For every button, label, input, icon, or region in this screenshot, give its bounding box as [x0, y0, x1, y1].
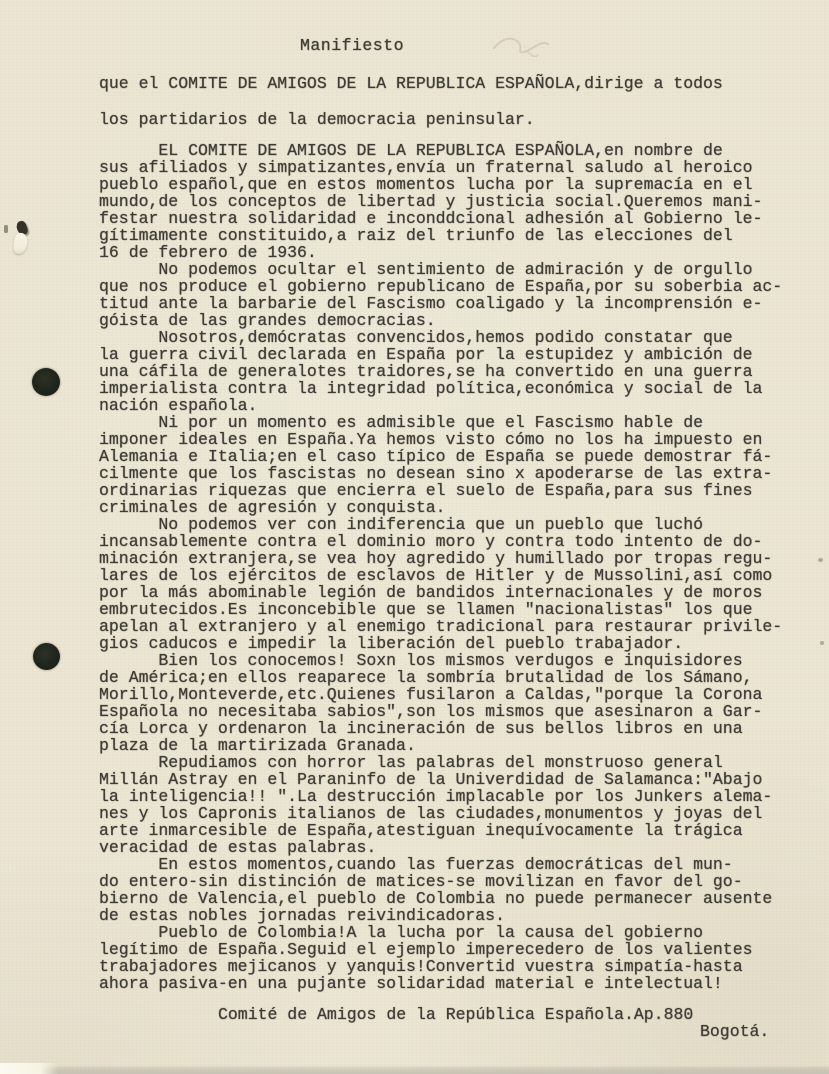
document-page: Manifiesto que el COMITE DE AMIGOS DE LA…: [0, 0, 829, 1074]
hole-punch-bottom: [33, 643, 60, 670]
paragraph-3: Nosotros,demócratas convencidos,hemos po…: [99, 329, 819, 414]
document-title: Manifiesto: [300, 36, 819, 56]
signature-committee: Comité de Amigos de la República Español…: [218, 1006, 819, 1023]
hole-punch-top: [32, 368, 60, 396]
scan-bottom-edge: [0, 1065, 829, 1074]
manifesto-body: EL COMITE DE AMIGOS DE LA REPUBLICA ESPA…: [99, 142, 819, 992]
text-column: Manifiesto que el COMITE DE AMIGOS DE LA…: [99, 36, 819, 1040]
paragraph-9: Pueblo de Colombia!A la lucha por la cau…: [99, 924, 819, 992]
paragraph-8: En estos momentos,cuando las fuerzas dem…: [99, 856, 819, 924]
paragraph-1: EL COMITE DE AMIGOS DE LA REPUBLICA ESPA…: [99, 142, 819, 261]
paper-speck: [820, 641, 824, 645]
signature-city: Bogotá.: [700, 1023, 819, 1040]
paragraph-5: No podemos ver con indiferencia que un p…: [99, 516, 819, 652]
signature-block: Comité de Amigos de la República Español…: [99, 1006, 819, 1040]
paragraph-2: No podemos ocultar el sentimiento de adm…: [99, 261, 819, 329]
paragraph-4: Ni por un momento es admisible que el Fa…: [99, 414, 819, 516]
paragraph-7: Repudiamos con horror las palabras del m…: [99, 754, 819, 856]
paragraph-6: Bien los conocemos! Soxn los mismos verd…: [99, 652, 819, 754]
paper-tear-mark: [13, 232, 29, 255]
intro-lines: que el COMITE DE AMIGOS DE LA REPUBLICA …: [99, 66, 819, 138]
paper-speck: [4, 225, 8, 233]
scan-bottom-corner: [0, 1063, 58, 1074]
